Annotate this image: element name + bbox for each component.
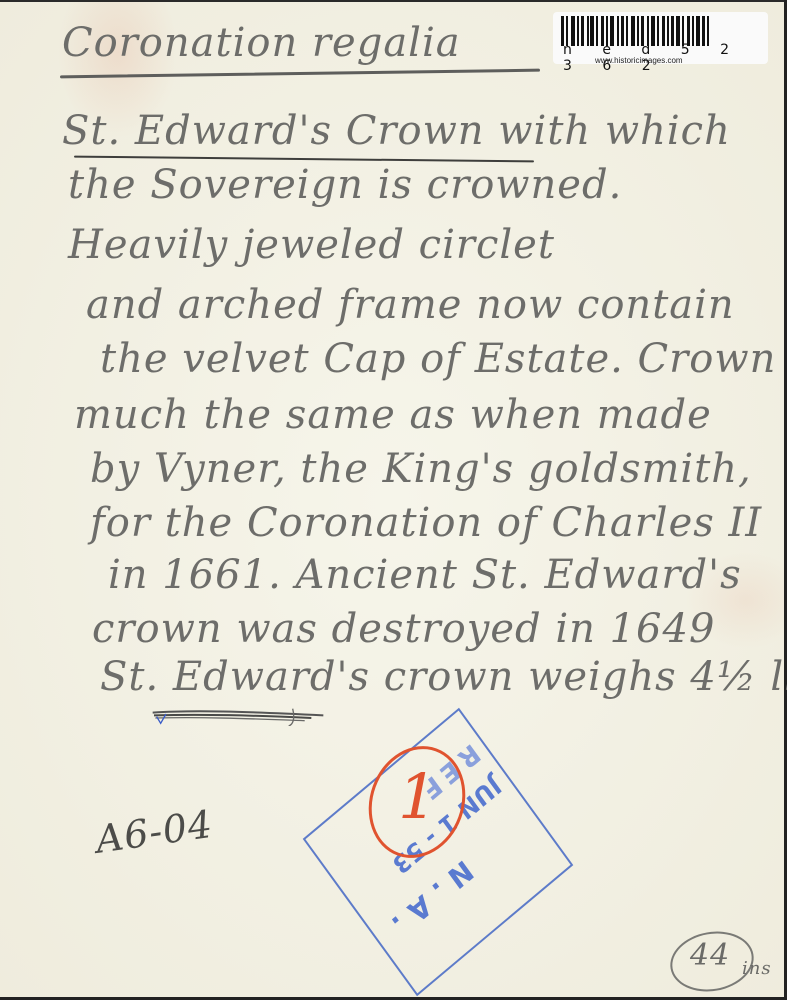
note-line-10: crown was destroyed in 1649 [92,606,715,652]
note-line-2: the Sovereign is crowned. [68,162,622,208]
note-line-9: in 1661. Ancient St. Edward's [108,552,742,598]
size-unit: ins [742,958,772,979]
note-line-5: the velvet Cap of Estate. Crown [100,336,776,382]
barcode-label: n e d 5 2 3 6 2 www.historicimages.com [553,12,768,64]
barcode-url: www.historicimages.com [595,56,683,65]
note-line-4: and arched frame now contain [86,282,735,328]
stamp-letters: N.A. [378,853,479,948]
note-line-7: by Vyner, the King's goldsmith, [90,446,752,492]
size-number: 44 [690,938,730,973]
note-line-3: Heavily jeweled circlet [68,222,555,268]
note-line-11: St. Edward's crown weighs 4½ lbs. [100,654,787,700]
heading-text: Coronation regalia [62,20,461,66]
note-line-1: St. Edward's Crown with which [62,108,731,154]
crossed-out-scribble [108,706,368,726]
note-line-6: much the same as when made [74,392,712,438]
note-line-8: for the Coronation of Charles II [90,500,762,546]
red-number: 1 [398,760,437,833]
